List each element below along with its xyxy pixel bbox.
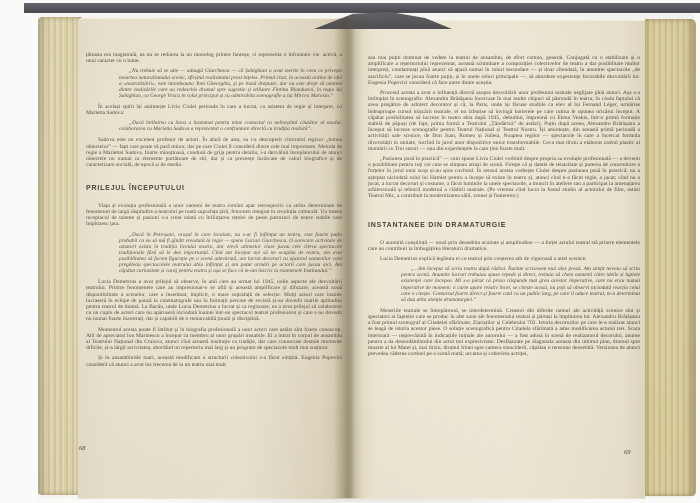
paragraph: Lucia Demetrius a avut prilejul să obser… xyxy=(86,279,342,322)
paragraph: În același spirit își amintește Liviu Ci… xyxy=(86,104,342,116)
quote-block: „...Am început să scriu teatru după răzb… xyxy=(401,266,640,303)
section-heading: PRILEJUL ÎNCEPUTULUI xyxy=(86,186,342,192)
paragraph: Lucia Demetrius explică legătura ei cu t… xyxy=(368,256,640,262)
paragraph: Meseriile teatrale se întrepătrund, se i… xyxy=(368,308,640,358)
book-spread: țăteanu era magistrală, ea nu se reducea… xyxy=(38,12,694,498)
paragraph: sau mai puțin dominat de vedete la teatr… xyxy=(368,55,640,86)
paragraph: Procesul acesta a avut o influență direc… xyxy=(368,90,640,152)
paragraph: Sadova este un excelent profesor de acto… xyxy=(86,137,342,168)
paragraph: țăteanu era magistrală, ea nu se reducea… xyxy=(86,52,342,64)
right-page-text: sau mai puțin dominat de vedete la teatr… xyxy=(368,55,640,361)
paragraph: Și în ansamblurile mari, această modific… xyxy=(86,355,342,367)
paragraph: „Pasiunea pusă în practică” — cum spune … xyxy=(368,156,640,199)
page-number: 69 xyxy=(624,449,631,456)
quote-block: „Dacă în Petroșani, orașul în care locui… xyxy=(119,232,342,275)
paragraph: Viața și evoluția profesională a unor oa… xyxy=(86,203,342,228)
page-edge-left xyxy=(38,17,82,495)
paragraph: O anumită conștiință — nouă prin deosebi… xyxy=(368,240,640,252)
quote-block: „Nu trebuie să se uite — adaugă Giurches… xyxy=(119,68,342,98)
paragraph: Momentul acesta poate fi întîlnit și în … xyxy=(86,327,342,352)
left-page-text: țăteanu era magistrală, ea nu se reducea… xyxy=(86,52,342,372)
page-edge-right xyxy=(645,19,696,496)
page-number: 68 xyxy=(79,445,86,452)
quote-block: „Dacă întîlnirea cu Sava a însemnat pent… xyxy=(119,120,342,132)
section-heading: INSTANTANEE DIN DRAMATURGIE xyxy=(368,223,640,229)
